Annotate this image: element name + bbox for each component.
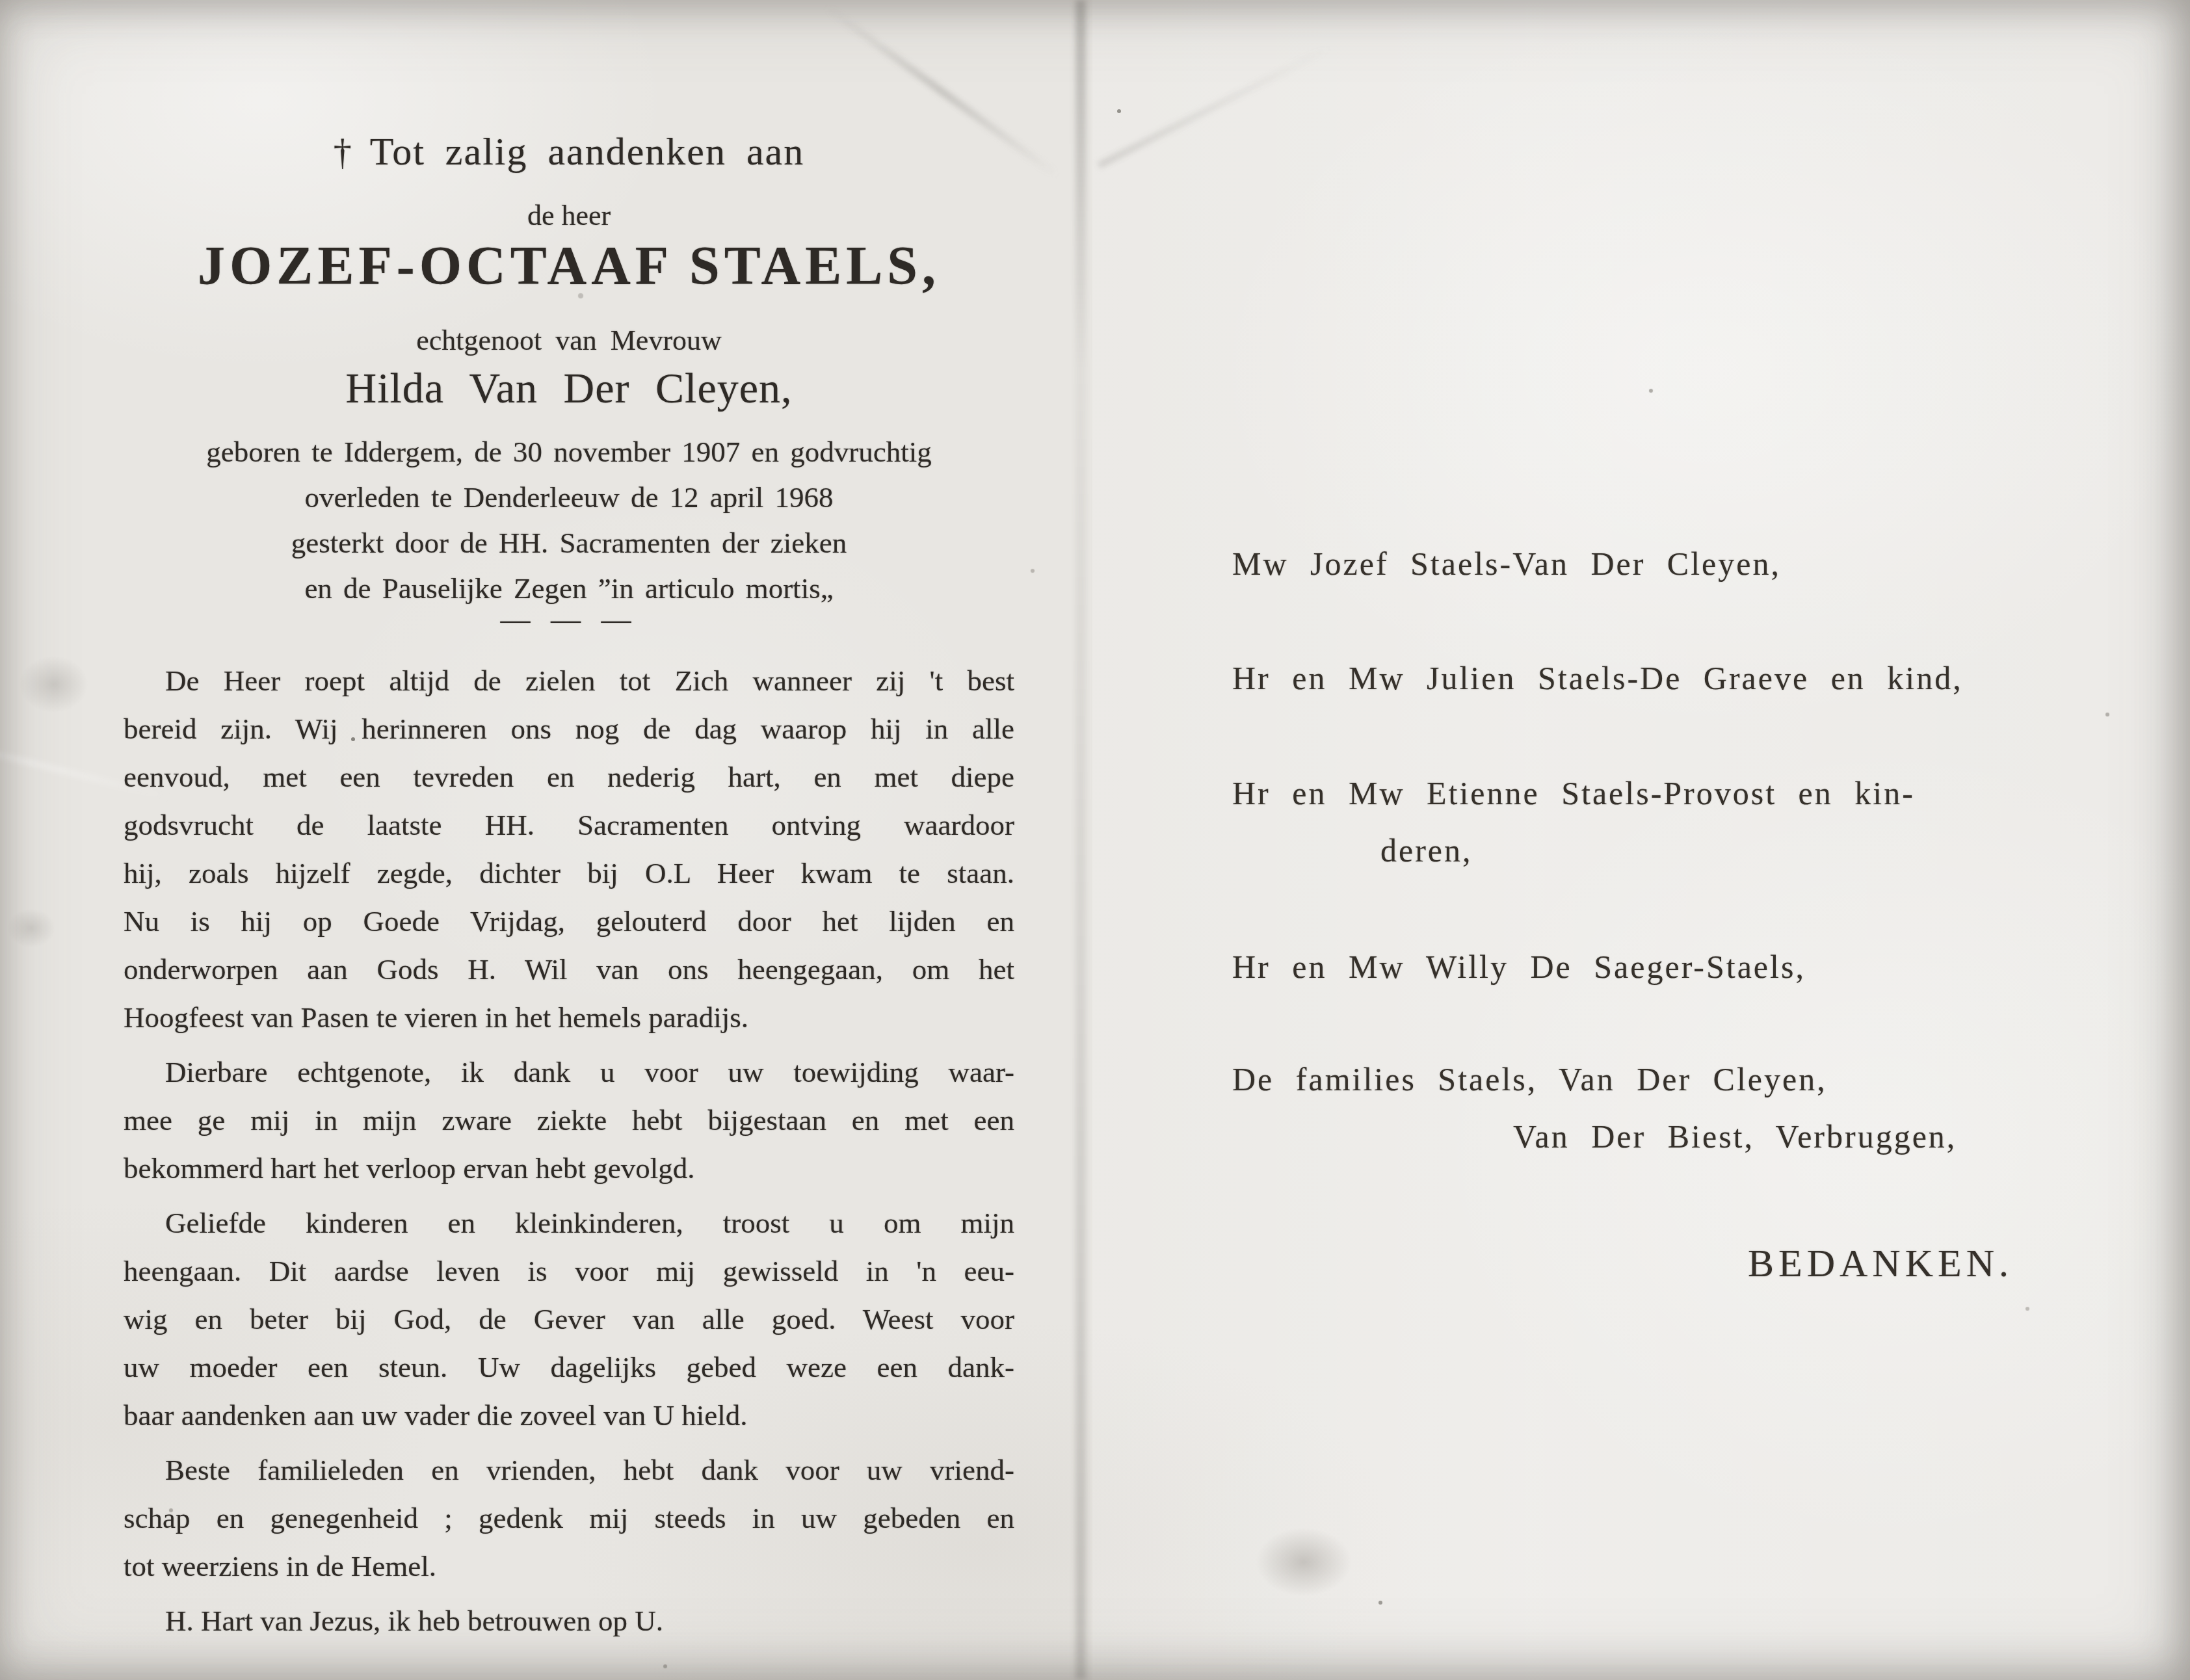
paragraph-line: Beste familieleden en vrienden, hebt dan… [124, 1446, 1014, 1494]
mourner-line: deren, [1380, 822, 2117, 879]
mourner-line: Hr en Mw Etienne Staels-Provost en kin- [1232, 765, 2117, 822]
memorial-card-scan: †Tot zalig aandenken aan de heer JOZEF-O… [0, 0, 2190, 1680]
mourner-line: Hr en Mw Willy De Saeger-Staels, [1232, 938, 2117, 995]
vitals-line: overleden te Denderleeuw de 12 april 196… [124, 475, 1014, 520]
paragraph-line: baar aandenken aan uw vader die zoveel v… [124, 1391, 1014, 1439]
paragraph: H. Hart van Jezus, ik heb betrouwen op U… [124, 1597, 1014, 1645]
spouse-name: Hilda Van Der Cleyen, [124, 359, 1014, 419]
card-title-text: Tot zalig aandenken aan [370, 130, 805, 173]
paper-stain [1252, 1525, 1356, 1599]
paragraph: De Heer roept altijd de zielen tot Zich … [124, 657, 1014, 1042]
paragraph-line: De Heer roept altijd de zielen tot Zich … [124, 657, 1014, 705]
paragraph-line: godsvrucht de laatste HH. Sacramenten on… [124, 801, 1014, 849]
paper-stain [5, 907, 57, 949]
cross-icon: † [334, 133, 370, 173]
mourner-line: Mw Jozef Staels-Van Der Cleyen, [1232, 535, 2117, 592]
paragraph-line: tot weerziens in de Hemel. [124, 1542, 1014, 1590]
vitals-line: geboren te Iddergem, de 30 november 1907… [124, 429, 1014, 475]
mourner-line: De families Staels, Van Der Cleyen, [1232, 1051, 2117, 1108]
center-fold-crease [1075, 0, 1086, 1680]
paragraph-line: mee ge mij in mijn zware ziekte hebt bij… [124, 1096, 1014, 1144]
mourner-entry: Mw Jozef Staels-Van Der Cleyen, [1232, 535, 2117, 592]
paragraph-line: eenvoud, met een tevreden en nederig har… [124, 753, 1014, 801]
mourner-entry: De families Staels, Van Der Cleyen,Van D… [1232, 1051, 2117, 1165]
paper-stain [16, 653, 91, 715]
paragraph: Beste familieleden en vrienden, hebt dan… [124, 1446, 1014, 1590]
mourner-entry: Hr en Mw Etienne Staels-Provost en kin-d… [1232, 765, 2117, 879]
card-title: †Tot zalig aandenken aan [124, 127, 1014, 177]
vitals-line: gesterkt door de HH. Sacramenten der zie… [124, 520, 1014, 566]
paragraph-line: heengaan. Dit aardse leven is voor mij g… [124, 1247, 1014, 1295]
paragraph: Dierbare echtgenote, ik dank u voor uw t… [124, 1048, 1014, 1192]
paragraph-line: H. Hart van Jezus, ik heb betrouwen op U… [124, 1597, 1014, 1645]
paragraph-line: Dierbare echtgenote, ik dank u voor uw t… [124, 1048, 1014, 1096]
relation-line: echtgenoot van Mevrouw [124, 324, 1014, 358]
paper-specks [1117, 109, 1121, 113]
paragraph: Geliefde kinderen en kleinkinderen, troo… [124, 1199, 1014, 1439]
paragraph-line: Nu is hij op Goede Vrijdag, gelouterd do… [124, 897, 1014, 945]
left-page: †Tot zalig aandenken aan de heer JOZEF-O… [124, 0, 1014, 1680]
deceased-name: JOZEF-OCTAAF STAELS, [124, 234, 1014, 299]
paragraph-line: bekommerd hart het verloop ervan hebt ge… [124, 1144, 1014, 1192]
paragraph-line: uw moeder een steun. Uw dagelijks gebed … [124, 1343, 1014, 1391]
mourner-entry: Hr en Mw Willy De Saeger-Staels, [1232, 938, 2117, 995]
salutation: de heer [124, 199, 1014, 233]
closing-word: BEDANKEN. [1748, 1235, 2013, 1291]
paragraph-line: Hoogfeest van Pasen te vieren in het hem… [124, 993, 1014, 1042]
paragraph-line: wig en beter bij God, de Gever van alle … [124, 1295, 1014, 1343]
mourner-line: Hr en Mw Julien Staels-De Graeve en kind… [1232, 650, 2117, 707]
memorial-text: De Heer roept altijd de zielen tot Zich … [124, 657, 1014, 1645]
separator-dashes: — — — [124, 602, 1014, 637]
paragraph-line: onderworpen aan Gods H. Wil van ons heen… [124, 945, 1014, 993]
mourner-entry: Hr en Mw Julien Staels-De Graeve en kind… [1232, 650, 2117, 707]
paragraph-line: schap en genegenheid ; gedenk mij steeds… [124, 1494, 1014, 1542]
paragraph-line: bereid zijn. Wij herinneren ons nog de d… [124, 705, 1014, 753]
paragraph-line: hij, zoals hijzelf zegde, dichter bij O.… [124, 849, 1014, 897]
vitals-block: geboren te Iddergem, de 30 november 1907… [124, 429, 1014, 611]
paragraph-line: Geliefde kinderen en kleinkinderen, troo… [124, 1199, 1014, 1247]
mourner-line: Van Der Biest, Verbruggen, [1513, 1108, 2117, 1165]
